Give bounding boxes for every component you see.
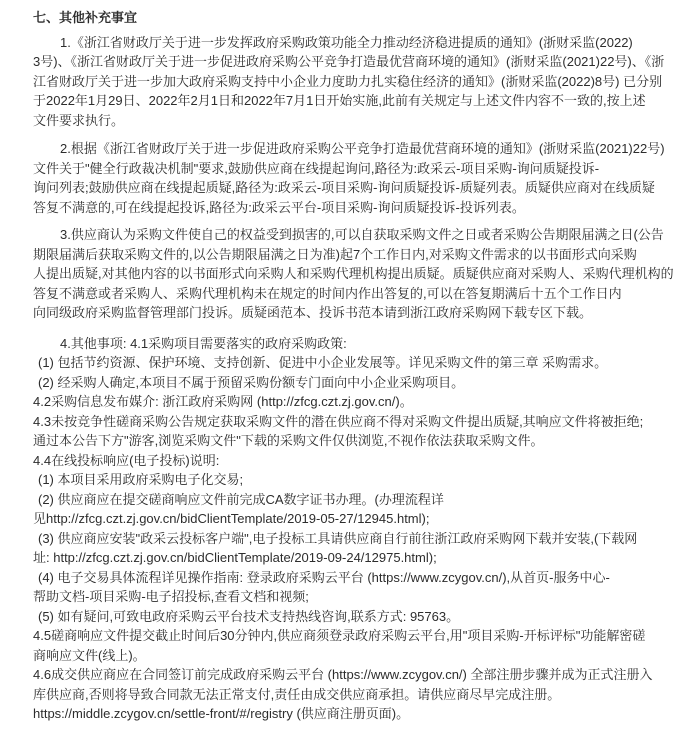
paragraph-challenge-complaint: 3.供应商认为采购文件使自己的权益受到损害的,可以自获取采购文件之日或者采购公告…	[33, 225, 651, 323]
list-item: (2) 供应商应在提交磋商响应文件前完成CA数字证书办理。(办理流程详	[33, 490, 651, 510]
section-heading: 七、其他补充事宜	[33, 8, 651, 28]
list-item: (1) 包括节约资源、保护环境、支持创新、促进中小企业发展等。详见采购文件的第三…	[33, 353, 651, 373]
text-line: 址: http://zfcg.czt.zj.gov.cn/bidClientTe…	[33, 548, 651, 568]
text-line: 见http://zfcg.czt.zj.gov.cn/bidClientTemp…	[33, 509, 651, 529]
text-line: 4.6成交供应商应在合同签订前完成政府采购云平台 (https://www.zc…	[33, 665, 651, 685]
list-item: (5) 如有疑问,可致电政府采购云平台技术支持热线咨询,联系方式: 95763。	[33, 607, 651, 627]
text-line: 于2022年1月29日、2022年2月1日和2022年7月1日开始实施,此前有关…	[33, 91, 651, 111]
text-line: 商响应文件(线上)。	[33, 646, 651, 666]
text-line: 2.根据《浙江省财政厅关于进一步促进政府采购公平竞争打造最优营商环境的通知》(浙…	[33, 139, 651, 159]
text-line: https://middle.zcygov.cn/settle-front/#/…	[33, 704, 651, 724]
text-line: 3.供应商认为采购文件使自己的权益受到损害的,可以自获取采购文件之日或者采购公告…	[33, 225, 651, 245]
text-line: 答复不满意或者采购人、采购代理机构未在规定的时间内作出答复的,可以在答复期满后十…	[33, 284, 651, 304]
text-line: 4.3未按竞争性磋商采购公告规定获取采购文件的潜在供应商不得对采购文件提出质疑,…	[33, 412, 651, 432]
text-line: 询问列表;鼓励供应商在线提起质疑,路径为:政采云-项目采购-询问质疑投诉-质疑列…	[33, 178, 651, 198]
text-line: 通过本公告下方"游客,浏览采购文件"下载的采购文件仅供浏览,不视作依法获取采购文…	[33, 431, 651, 451]
document-page: 七、其他补充事宜 1.《浙江省财政厅关于进一步发挥政府采购政策功能全力推动经济稳…	[0, 0, 675, 724]
text-line: 3号)、《浙江省财政厅关于进一步促进政府采购公平竞争打造最优营商环境的通知》(浙…	[33, 52, 651, 72]
text-line: 库供应商,否则将导致合同款无法正常支付,责任由成交供应商承担。请供应商尽早完成注…	[33, 685, 651, 705]
paragraph-inquiry-paths: 2.根据《浙江省财政厅关于进一步促进政府采购公平竞争打造最优营商环境的通知》(浙…	[33, 139, 651, 217]
text-line: 答复不满意的,可在线提起投诉,路径为:政采云平台-项目采购-询问质疑投诉-投诉列…	[33, 198, 651, 218]
text-line: 人提出质疑,对其他内容的以书面形式向采购人和采购代理机构提出质疑。质疑供应商对采…	[33, 264, 651, 284]
text-line: 文件要求执行。	[33, 111, 651, 131]
text-line: 4.其他事项: 4.1采购项目需要落实的政府采购政策:	[33, 334, 651, 354]
list-item: (2) 经采购人确定,本项目不属于预留采购份额专门面向中小企业采购项目。	[33, 373, 651, 393]
list-item: (4) 电子交易具体流程详见操作指南: 登录政府采购云平台 (https://w…	[33, 568, 651, 588]
text-line: 向同级政府采购监督管理部门投诉。质疑函范本、投诉书范本请到浙江政府采购网下载专区…	[33, 303, 651, 323]
list-item: (1) 本项目采用政府采购电子化交易;	[33, 470, 651, 490]
list-item: (3) 供应商应安装"政采云投标客户端",电子投标工具请供应商自行前往浙江政府采…	[33, 529, 651, 549]
paragraph-other-matters: 4.其他事项: 4.1采购项目需要落实的政府采购政策: (1) 包括节约资源、保…	[33, 334, 651, 724]
text-line: 4.2采购信息发布媒介: 浙江政府采购网 (http://zfcg.czt.zj…	[33, 392, 651, 412]
text-line: 4.5磋商响应文件提交截止时间后30分钟内,供应商须登录政府采购云平台,用"项目…	[33, 626, 651, 646]
paragraph-notices: 1.《浙江省财政厅关于进一步发挥政府采购政策功能全力推动经济稳进提质的通知》(浙…	[33, 33, 651, 131]
text-line: 帮助文档-项目采购-电子招投标,查看文档和视频;	[33, 587, 651, 607]
text-line: 江省财政厅关于进一步加大政府采购支持中小企业力度助力扎实稳住经济的通知》(浙财采…	[33, 72, 651, 92]
text-line: 4.4在线投标响应(电子投标)说明:	[33, 451, 651, 471]
text-line: 文件关于"健全行政裁决机制"要求,鼓励供应商在线提起询问,路径为:政采云-项目采…	[33, 159, 651, 179]
text-line: 期限届满后获取采购文件的,以公告期限届满之日为准)起7个工作日内,对采购文件需求…	[33, 245, 651, 265]
text-line: 1.《浙江省财政厅关于进一步发挥政府采购政策功能全力推动经济稳进提质的通知》(浙…	[33, 33, 651, 53]
